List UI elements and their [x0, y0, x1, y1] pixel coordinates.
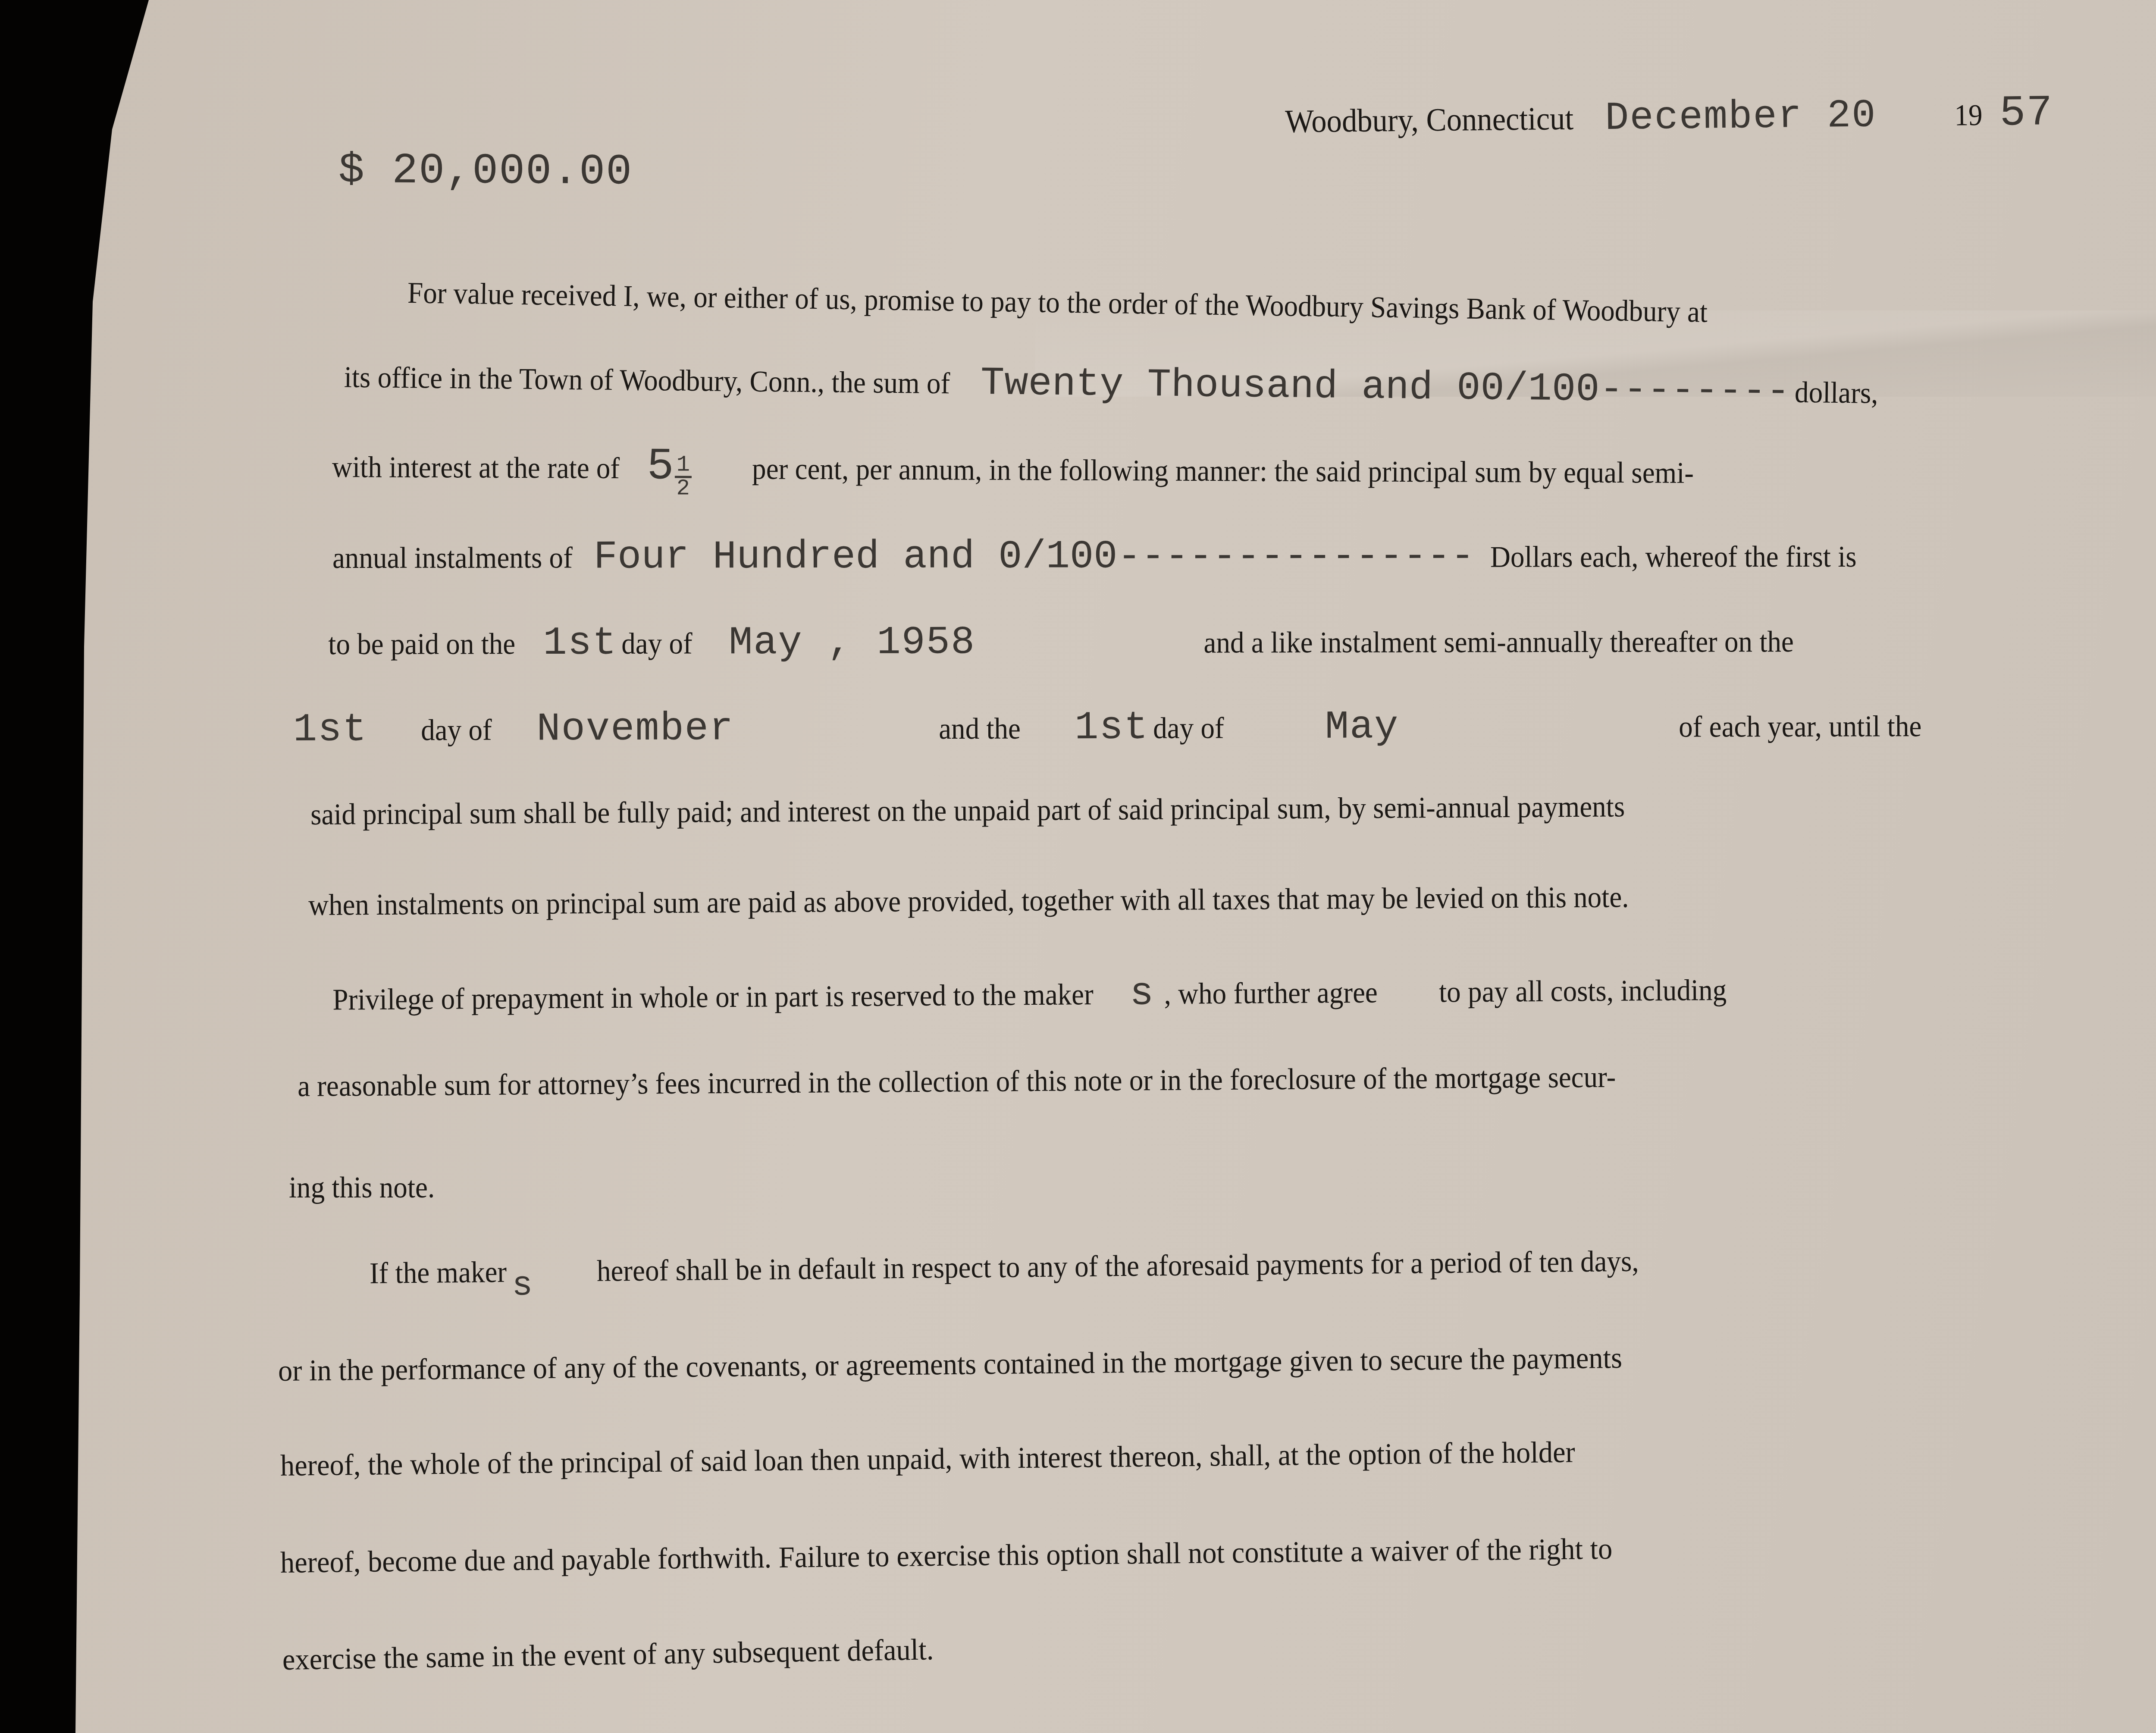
place-label: Woodbury, Connecticut — [1285, 100, 1574, 141]
note-line-3-text: with interest at the rate of — [332, 450, 620, 486]
note-line-4-end: Dollars each, whereof the first is — [1490, 540, 1856, 575]
header-dateline: Woodbury, Connecticut December 20 19 57 — [1274, 89, 2053, 146]
note-line-4: annual instalments of Four Hundred and 0… — [323, 533, 1870, 580]
year-typed: 57 — [1999, 89, 2053, 138]
first-payment-date: May , 1958 — [729, 620, 975, 665]
note-line-2-end: dollars, — [1795, 376, 1878, 411]
note-line-5-end: and a like instalment semi-annually ther… — [1204, 625, 1794, 660]
day-of-label-3: day of — [1153, 711, 1224, 746]
note-line-9-text: Privilege of prepayment in whole or in p… — [332, 978, 1094, 1017]
maker-plural-typed-2: s — [512, 1266, 533, 1305]
note-line-3-end: per cent, per annum, in the following ma… — [752, 452, 1694, 491]
and-the-label: and the — [939, 712, 1021, 746]
instalment-amount-typed: Four Hundred and 0/100--------------- — [594, 534, 1475, 580]
fraction-numerator: 1 — [675, 454, 692, 478]
note-line-2-text: its office in the Town of Woodbury, Conn… — [344, 360, 950, 401]
default-line-1-text: If the maker — [370, 1255, 507, 1291]
note-line-6: 1st day of November and the 1st day of M… — [293, 703, 1931, 752]
note-line-6-end: of each year, until the — [1679, 709, 1922, 744]
note-line-1: For value received I, we, or either of u… — [407, 276, 1708, 330]
note-line-3: with interest at the rate of 512 per cen… — [321, 440, 1730, 504]
interest-rate-whole: 5 — [647, 441, 675, 492]
note-line-8: when instalments on principal sum are pa… — [308, 880, 1629, 923]
semiannual-month-1: November — [536, 706, 734, 752]
default-line-1: If the makers hereof shall be in default… — [364, 1242, 1679, 1294]
year-prefix: 19 — [1954, 98, 1983, 133]
first-payment-day: 1st — [543, 620, 617, 666]
interest-rate-fraction: 12 — [674, 454, 692, 499]
promissory-note: Woodbury, Connecticut December 20 19 57 … — [0, 0, 2156, 1733]
amount-figure: $ 20,000.00 — [338, 147, 633, 197]
maker-plural-typed: s — [1130, 971, 1155, 1016]
default-line-4: hereof, become due and payable forthwith… — [280, 1532, 1613, 1580]
fraction-denominator: 2 — [674, 478, 691, 499]
note-line-2: its office in the Town of Woodbury, Conn… — [321, 354, 1881, 415]
day-of-label-2: day of — [421, 713, 492, 748]
default-line-5: exercise the same in the event of any su… — [282, 1633, 934, 1677]
default-line-1-end: hereof shall be in default in respect to… — [597, 1244, 1639, 1289]
note-line-9: Privilege of prepayment in whole or in p… — [304, 967, 1738, 1022]
note-line-9-end: to pay all costs, including — [1439, 973, 1727, 1010]
date-typed: December 20 — [1605, 93, 1877, 141]
photo-stage: Woodbury, Connecticut December 20 19 57 … — [0, 0, 2156, 1733]
who-further-agree: , who further agree — [1164, 976, 1378, 1012]
semiannual-month-2: May — [1325, 704, 1399, 749]
note-line-4-text: annual instalments of — [332, 541, 573, 575]
note-line-5-text: to be paid on the — [328, 627, 515, 662]
note-line-7: said principal sum shall be fully paid; … — [310, 790, 1625, 832]
note-line-5: to be paid on the 1st day of May , 1958 … — [321, 618, 1816, 666]
semiannual-day-2: 1st — [1075, 705, 1149, 750]
note-line-10: a reasonable sum for attorney’s fees inc… — [298, 1060, 1616, 1104]
note-line-11: ing this note. — [289, 1171, 435, 1205]
principal-amount-typed: Twenty Thousand and 00/100-------- — [981, 360, 1790, 414]
default-line-3: hereof, the whole of the principal of sa… — [280, 1435, 1575, 1483]
semiannual-day-1: 1st — [293, 707, 367, 752]
day-of-label: day of — [621, 627, 693, 661]
default-line-2: or in the performance of any of the cove… — [278, 1341, 1623, 1388]
